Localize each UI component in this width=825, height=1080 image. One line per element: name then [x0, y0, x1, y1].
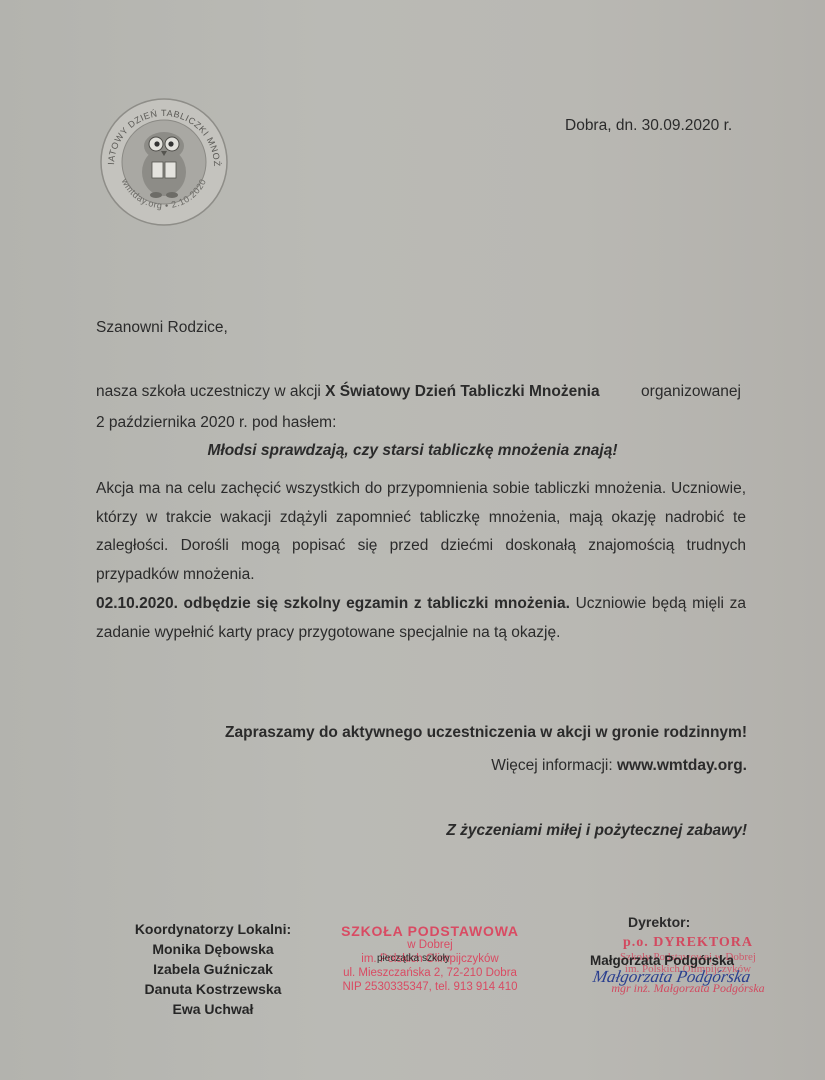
- body-text: Akcja ma na celu zachęcić wszystkich do …: [96, 475, 746, 589]
- motto: Młodsi sprawdzają, czy starsi tabliczkę …: [0, 442, 825, 460]
- exam-date-bold: 02.10.2020. odbędzie się szkolny egzamin…: [96, 595, 570, 612]
- stamp-location: w Dobrej: [325, 939, 535, 952]
- director-stamp-title: p.o. DYREKTORA: [588, 935, 788, 951]
- owl-seal-icon: X ŚWIATOWY DZIEŃ TABLICZKI MNOŻENIA wmtd…: [98, 96, 230, 228]
- coordinator-name: Ewa Uchwał: [118, 999, 308, 1019]
- stamp-school-name: SZKOŁA PODSTAWOWA: [325, 923, 535, 939]
- more-info: Więcej informacji: www.wmtday.org.: [491, 757, 747, 775]
- coordinators-title: Koordynatorzy Lokalni:: [118, 919, 308, 939]
- body-paragraph: Akcja ma na celu zachęcić wszystkich do …: [96, 475, 746, 589]
- intro-before: nasza szkoła uczestniczy w akcji: [96, 383, 325, 400]
- director-title: Dyrektor:: [628, 914, 690, 930]
- coordinators-block: Koordynatorzy Lokalni: Monika Dębowska I…: [118, 919, 308, 1019]
- school-stamp: SZKOŁA PODSTAWOWA w Dobrej im. Polskich …: [325, 923, 535, 994]
- stamp-patron: im. Polskich Olimpijczyków pieczątka szk…: [325, 952, 535, 966]
- intro-line-1: nasza szkoła uczestniczy w akcji X Świat…: [96, 383, 741, 401]
- stamp-nip-phone: NIP 2530335347, tel. 913 914 410: [325, 980, 535, 994]
- coordinator-name: Danuta Kostrzewska: [118, 979, 308, 999]
- stamp-overprint: pieczątka szkoły: [377, 952, 450, 966]
- salutation: Szanowni Rodzice,: [96, 319, 228, 337]
- coordinator-name: Izabela Guźniczak: [118, 959, 308, 979]
- director-name: Małgorzata Podgórska: [590, 953, 734, 968]
- intro-after: organizowanej: [641, 383, 741, 401]
- website-link[interactable]: www.wmtday.org.: [617, 757, 747, 774]
- exam-paragraph: 02.10.2020. odbędzie się szkolny egzamin…: [96, 590, 746, 647]
- intro-line-2: 2 października 2020 r. pod hasłem:: [96, 414, 336, 432]
- more-info-label: Więcej informacji:: [491, 757, 617, 774]
- date-line: Dobra, dn. 30.09.2020 r.: [565, 117, 732, 135]
- coordinator-name: Monika Dębowska: [118, 939, 308, 959]
- letter-page: X ŚWIATOWY DZIEŃ TABLICZKI MNOŻENIA wmtd…: [0, 0, 825, 1080]
- invite-line: Zapraszamy do aktywnego uczestniczenia w…: [225, 724, 747, 742]
- event-name: X Światowy Dzień Tabliczki Mnożenia: [325, 383, 599, 400]
- stamp-address: ul. Mieszczańska 2, 72-210 Dobra: [325, 966, 535, 980]
- closing-line: Z życzeniami miłej i pożytecznej zabawy!: [446, 822, 747, 840]
- director-signature: Małgorzata Podgórska: [591, 967, 752, 987]
